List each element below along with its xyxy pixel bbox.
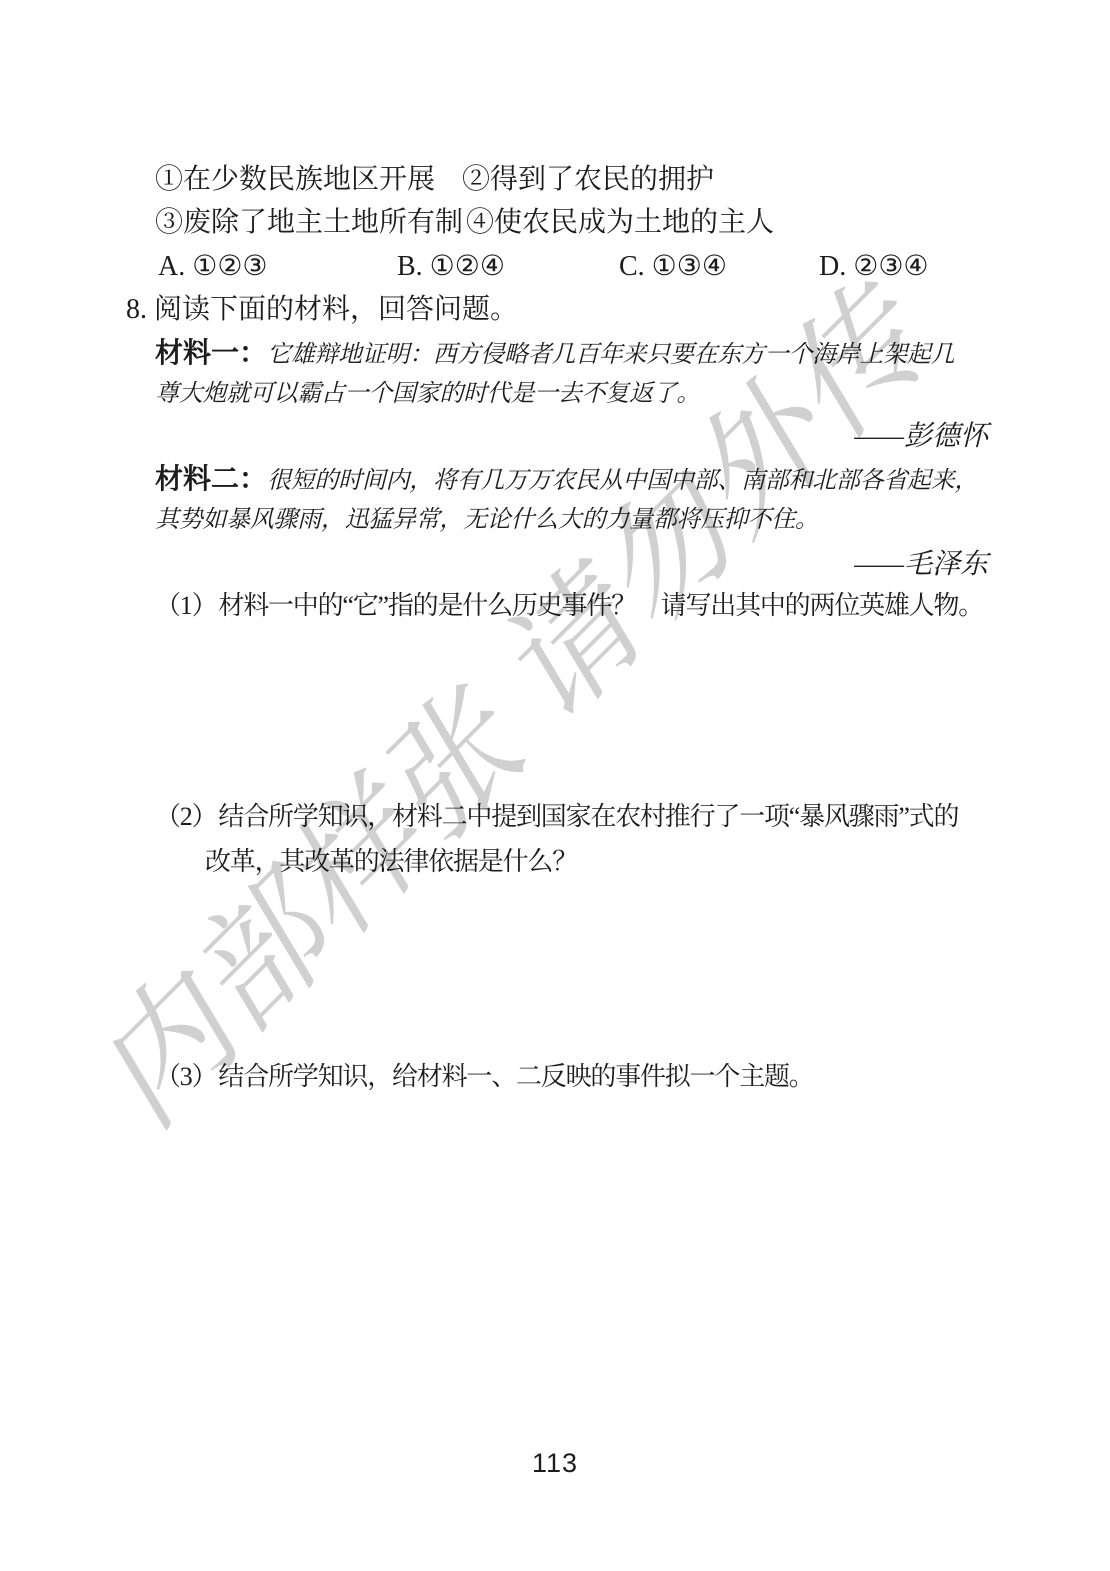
subquestion-1: （1）材料一中的“它”指的是什么历史事件？ 请写出其中的两位英雄人物。 bbox=[155, 590, 983, 621]
material-two-attribution: ——毛泽东 bbox=[854, 548, 988, 582]
page-number: 113 bbox=[0, 1448, 1110, 1479]
choice-a: A. ①②③ bbox=[158, 250, 268, 284]
statement-option-4: ④使农民成为土地的主人 bbox=[466, 206, 774, 240]
page-content: ①在少数民族地区开展 ②得到了农民的拥护 ③废除了地主土地所有制 ④使农民成为土… bbox=[0, 0, 1110, 1571]
statement-option-1: ①在少数民族地区开展 bbox=[155, 163, 435, 197]
material-one-label: 材料一： bbox=[155, 338, 267, 369]
material-two-text1: 很短的时间内，将有几万万农民从中国中部、南部和北部各省起来， bbox=[267, 468, 978, 494]
material-one-text1: 它雄辩地证明：西方侵略者几百年来只要在东方一个海岸上架起几 bbox=[267, 342, 954, 368]
exam-page: 内部样张 请勿外传 ①在少数民族地区开展 ②得到了农民的拥护 ③废除了地主土地所… bbox=[0, 0, 1110, 1571]
subquestion-2: （2）结合所学知识，材料二中提到国家在农村推行了一项“暴风骤雨”式的 bbox=[155, 801, 958, 832]
choice-d: D. ②③④ bbox=[819, 250, 929, 284]
material-one-attribution: ——彭德怀 bbox=[854, 420, 988, 454]
subquestion-1-text: 材料一中的“它”指的是什么历史事件？ 请写出其中的两位英雄人物。 bbox=[218, 591, 983, 620]
material-two-line2: 其势如暴风骤雨，迅猛异常，无论什么大的力量都将压抑不住。 bbox=[155, 506, 819, 535]
material-one-line1: 材料一：它雄辩地证明：西方侵略者几百年来只要在东方一个海岸上架起几 bbox=[155, 337, 954, 371]
subquestion-2-marker: （2） bbox=[155, 801, 216, 832]
choice-b: B. ①②④ bbox=[397, 250, 505, 284]
subquestion-1-marker: （1） bbox=[155, 590, 216, 621]
statement-option-2: ②得到了农民的拥护 bbox=[462, 163, 714, 197]
question-number: 8. bbox=[126, 293, 147, 327]
question-prompt: 阅读下面的材料，回答问题。 bbox=[154, 294, 518, 325]
choice-c: C. ①③④ bbox=[619, 250, 727, 284]
material-two-label: 材料二： bbox=[155, 464, 267, 495]
subquestion-3: （3）结合所学知识，给材料一、二反映的事件拟一个主题。 bbox=[155, 1061, 814, 1092]
material-two-line1: 材料二：很短的时间内，将有几万万农民从中国中部、南部和北部各省起来， bbox=[155, 463, 978, 497]
subquestion-3-text: 结合所学知识，给材料一、二反映的事件拟一个主题。 bbox=[218, 1062, 813, 1091]
subquestion-2-text-line2: 改革，其改革的法律依据是什么？ bbox=[205, 846, 577, 877]
subquestion-2-text-line1: 结合所学知识，材料二中提到国家在农村推行了一项“暴风骤雨”式的 bbox=[218, 802, 958, 831]
statement-option-3: ③废除了地主土地所有制 bbox=[155, 206, 463, 240]
subquestion-3-marker: （3） bbox=[155, 1061, 216, 1092]
question-8-stem: 8.阅读下面的材料，回答问题。 bbox=[126, 293, 518, 327]
material-one-line2: 尊大炮就可以霸占一个国家的时代是一去不复返了。 bbox=[155, 380, 700, 409]
